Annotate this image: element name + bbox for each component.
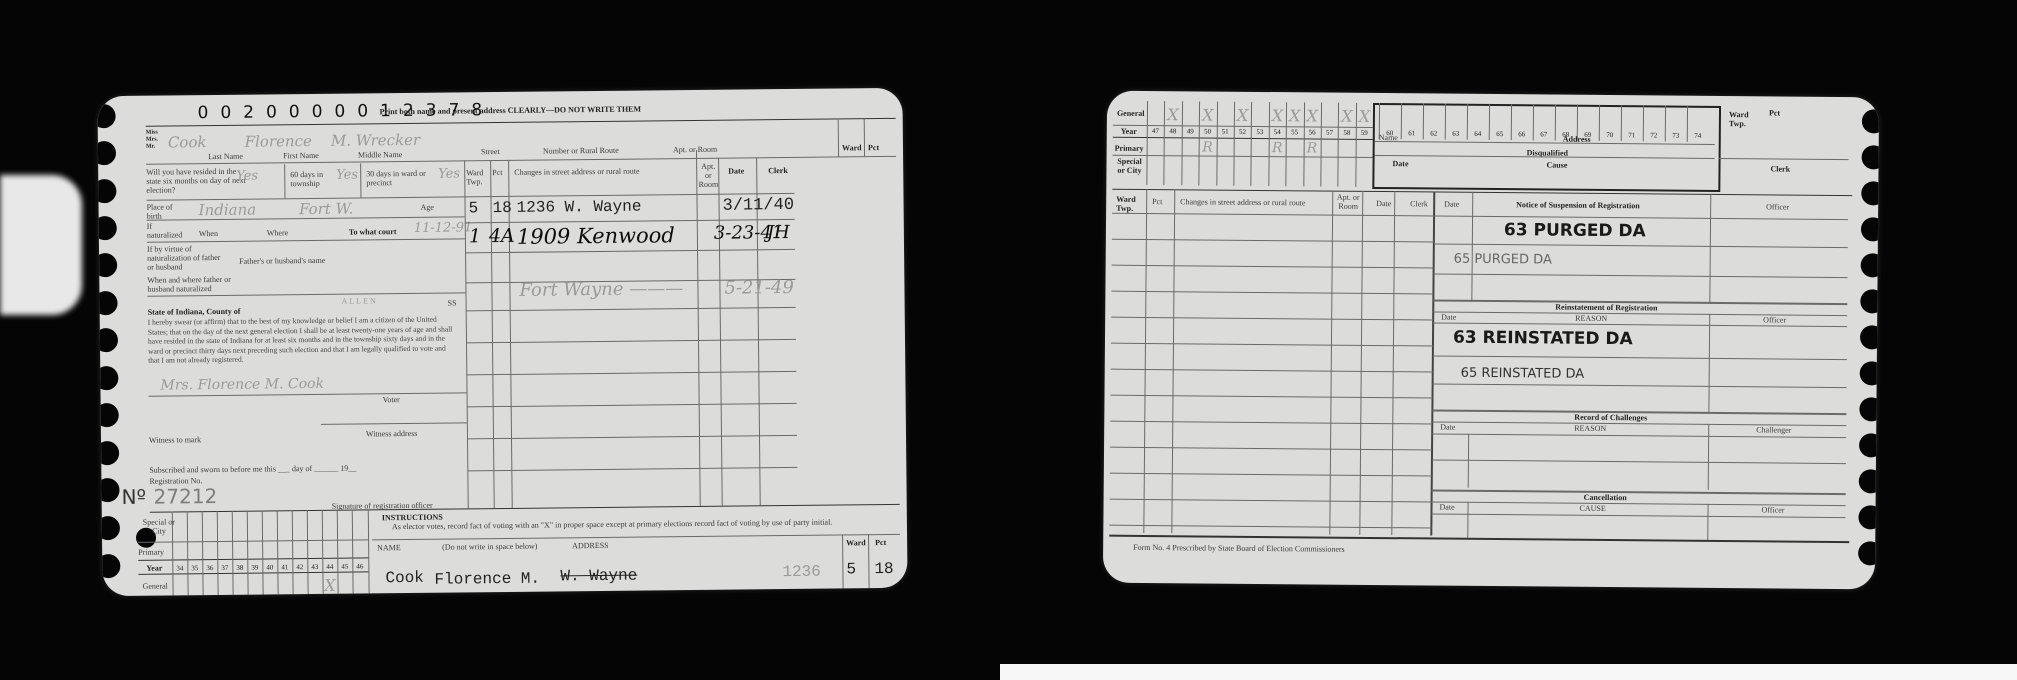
year-cell: 57 — [1321, 129, 1338, 137]
year-cell: 65 — [1489, 130, 1511, 138]
change-ward: 1 — [469, 225, 481, 247]
year-cell: 34 — [172, 564, 187, 572]
virtue-label: If by virtue of naturalization of father… — [147, 244, 222, 272]
punch-hole — [1859, 433, 1879, 457]
year-cell: 44 — [322, 563, 337, 571]
witness-mark-label: Witness to mark — [149, 435, 201, 445]
change-address: 1236 W. Wayne — [517, 198, 642, 217]
where-label: Where — [267, 228, 288, 237]
number-symbol: Nº — [121, 485, 146, 509]
fathers-name-label: Father's or husband's name — [239, 256, 325, 266]
last-name-label: Last Name — [208, 152, 243, 161]
general-label: General — [1117, 109, 1145, 118]
naturalized-date: 11-12-91 — [414, 220, 473, 236]
year-cell: 71 — [1621, 131, 1643, 139]
boxed-year-grid: 606162636465666768697071727374 — [1379, 103, 1709, 142]
vote-mark: X — [1164, 105, 1182, 124]
year-cell: 46 — [352, 562, 367, 570]
footer-ward-label: Ward — [846, 538, 866, 547]
punch-hole — [97, 403, 118, 427]
dq-date-label: Date — [1392, 159, 1408, 168]
state-residence-question: Will you have resided in the state six m… — [146, 167, 246, 195]
when-where-label: When and where father or husband natural… — [147, 275, 247, 294]
punch-hole — [1862, 109, 1879, 133]
year-cell: 36 — [202, 564, 217, 572]
right-year-grid: 4748X4950XR5152X5354XR55X56XR5758X59X — [1146, 101, 1373, 187]
year-cell: 41 — [277, 563, 292, 571]
vote-mark: X — [1234, 106, 1252, 125]
punch-hole — [97, 441, 119, 465]
footer-street: W. Wayne — [560, 567, 637, 586]
vote-mark: X — [1199, 105, 1217, 124]
year-label: Year — [146, 564, 162, 573]
year-cell: 51 — [1216, 128, 1233, 136]
vote-mark: X — [1286, 106, 1304, 125]
year-cell: 49 — [1182, 127, 1199, 135]
change-pct: 4A — [489, 225, 515, 247]
registration-card-back: General Year Primary Special or City 474… — [1103, 91, 1879, 590]
change-date: 3/11/40 — [722, 196, 794, 216]
dq-cause-label: Cause — [1546, 160, 1567, 169]
punch-hole — [97, 104, 115, 128]
footer-pct: 18 — [874, 560, 893, 578]
punch-hole — [1859, 397, 1879, 421]
year-cell: 73 — [1665, 132, 1687, 140]
vote-mark: X — [1338, 107, 1356, 126]
year-cell: 56 — [1303, 128, 1320, 136]
punch-hole — [97, 366, 118, 390]
punch-hole — [1862, 145, 1880, 169]
punch-hole — [97, 179, 116, 203]
voter-signature: Mrs. Florence M. Cook — [160, 376, 324, 394]
challenges-reason-header: REASON — [1574, 424, 1606, 433]
footer-address-label: ADDRESS — [572, 541, 609, 550]
first-name-label: First Name — [283, 151, 319, 160]
challenges-date-header: Date — [1440, 423, 1455, 432]
punch-hole — [1858, 505, 1879, 529]
footer-last-name: Cook — [385, 569, 424, 587]
vote-mark: X — [1269, 106, 1287, 125]
naturalized-label: If naturalized — [147, 221, 187, 239]
punch-hole — [1861, 217, 1879, 241]
changes-apt-header: Apt. or Room — [698, 162, 718, 189]
reinstatement-reason-header: REASON — [1575, 314, 1607, 323]
footer-name-label: NAME — [377, 543, 401, 552]
change-clerk: JH — [767, 222, 790, 243]
challenges-title: Record of Challenges — [1574, 413, 1647, 423]
year-cell: 66 — [1511, 130, 1533, 138]
year-cell: 62 — [1423, 129, 1445, 137]
primary-label: Primary — [138, 548, 164, 557]
changes-pct-header: Pct — [492, 168, 502, 177]
suspension-entry: 65 PURGED DA — [1454, 252, 1552, 268]
punch-hole — [97, 291, 117, 315]
township-answer: Yes — [336, 168, 358, 183]
reinstatement-entry: 65 REINSTATED DA — [1461, 366, 1585, 382]
street-label: Street — [481, 147, 500, 156]
voter-label: Voter — [383, 395, 400, 404]
reinstatement-officer-header: Officer — [1763, 315, 1786, 324]
state-residence-answer: Yes — [236, 169, 258, 184]
change-ward: 5 — [469, 199, 479, 217]
change-date: 5-21-49 — [724, 277, 794, 299]
vote-mark: X — [322, 576, 337, 595]
reinstatement-entry: 63 REINSTATED DA — [1453, 328, 1633, 350]
primary-mark: R — [1268, 140, 1286, 156]
place-of-birth-value: Indiana Fort W. — [199, 200, 354, 220]
year-cell: 63 — [1445, 130, 1467, 138]
punch-hole — [1858, 541, 1879, 565]
year-cell: 58 — [1338, 129, 1355, 137]
cancellation-cause-header: CAUSE — [1579, 504, 1605, 513]
punch-hole — [97, 253, 117, 277]
year-label: Year — [1121, 127, 1137, 136]
general-label: General — [142, 582, 167, 591]
form-footer: Form No. 4 Prescribed by State Board of … — [1133, 543, 1345, 554]
primary-mark: R — [1303, 140, 1321, 156]
year-cell: 61 — [1401, 129, 1423, 137]
suspension-officer-header: Officer — [1766, 202, 1789, 211]
punch-hole — [1860, 361, 1880, 385]
court-label: To what court — [349, 227, 397, 236]
scan-artifact — [0, 175, 82, 315]
when-label: When — [199, 229, 218, 238]
year-cell: 50 — [1199, 127, 1216, 135]
challenges-challenger-header: Challenger — [1756, 425, 1791, 434]
cancellation-title: Cancellation — [1584, 493, 1627, 502]
year-cell: 35 — [187, 564, 202, 572]
change-pct: 18 — [493, 199, 512, 217]
year-cell: 67 — [1533, 130, 1555, 138]
change-address: 1909 Kenwood — [517, 223, 675, 249]
cancellation-officer-header: Officer — [1761, 505, 1784, 514]
scan-border — [1000, 664, 2017, 680]
oath-heading: State of Indiana, County of — [148, 307, 241, 317]
suspension-notice-header: Notice of Suspension of Registration — [1516, 200, 1640, 210]
year-cell: 55 — [1286, 128, 1303, 136]
year-cell: 39 — [247, 564, 262, 572]
changes-clerk-header: Clerk — [768, 166, 788, 175]
pct-label: Pct — [1769, 108, 1780, 117]
changes-address-header: Changes in street address or rural route — [514, 167, 639, 177]
subscribed-label: Subscribed and sworn to before me this _… — [149, 464, 356, 475]
year-cell: 37 — [217, 564, 232, 572]
punch-hole — [97, 554, 120, 578]
suspension-date-header: Date — [1444, 200, 1459, 209]
year-cell: 53 — [1251, 128, 1268, 136]
punch-hole — [97, 216, 117, 240]
ss-label: SS — [448, 298, 457, 307]
title-prefixes: MissMrs.Mr. — [146, 130, 158, 151]
cancellation-date-header: Date — [1440, 503, 1455, 512]
changes-grid — [1109, 189, 1434, 536]
year-cell: 70 — [1599, 131, 1621, 139]
ward-twp-label: Ward Twp. — [1729, 110, 1753, 128]
clerk-label: Clerk — [1770, 164, 1790, 173]
ward-question: 30 days in ward or precinct — [366, 169, 446, 188]
punch-hole — [97, 328, 118, 352]
year-cell: 45 — [337, 563, 352, 571]
punch-hole — [1859, 469, 1879, 493]
reinstatement-title: Reinstatement of Registration — [1555, 303, 1657, 313]
punch-hole — [97, 516, 120, 540]
suspension-entry: 63 PURGED DA — [1504, 220, 1646, 241]
punch-hole — [1860, 325, 1879, 349]
year-cell: 47 — [1147, 127, 1164, 135]
left-year-grid: 3435363738394041424344X4546 — [172, 509, 369, 595]
year-cell: 59 — [1356, 129, 1373, 137]
primary-mark: R — [1199, 139, 1217, 155]
footer-ward: 5 — [846, 560, 856, 578]
age-label: Age — [421, 203, 434, 212]
handwritten-name: Cook Florence M. Wrecker — [168, 131, 420, 152]
punch-hole — [97, 141, 116, 165]
primary-label: Primary — [1115, 144, 1144, 153]
registration-card-front: 0020000012378 Print both name and presen… — [97, 88, 907, 596]
vote-mark: X — [1356, 107, 1374, 126]
punch-hole — [97, 478, 119, 502]
year-cell: 38 — [232, 564, 247, 572]
year-cell: 42 — [292, 563, 307, 571]
instructions-text: As elector votes, record fact of voting … — [392, 517, 842, 531]
place-of-birth-label: Place of birth — [147, 202, 187, 220]
year-cell: 43 — [307, 563, 322, 571]
footer-number: 1236 — [782, 563, 821, 581]
ward-label: Ward — [842, 143, 862, 152]
ward-answer: Yes — [438, 166, 460, 181]
year-cell: 72 — [1643, 131, 1665, 139]
footer-donotwrite-label: (Do not write in space below) — [442, 542, 537, 552]
vote-mark: X — [1303, 106, 1321, 125]
changes-ward-header: Ward Twp. — [466, 168, 488, 186]
change-address-faded: Fort Wayne ——— — [519, 278, 683, 301]
special-city-label: Special or City — [1116, 157, 1142, 175]
footer-first-name: Florence M. — [434, 570, 540, 589]
header-instruction: Print both name and present address CLEA… — [380, 105, 642, 117]
year-cell: 40 — [262, 563, 277, 571]
year-cell: 54 — [1269, 128, 1286, 136]
witness-address-label: Witness address — [366, 429, 418, 439]
reinstatement-date-header: Date — [1441, 313, 1456, 322]
punch-hole — [1861, 181, 1879, 205]
year-cell: 64 — [1467, 130, 1489, 138]
county-value: ALLEN — [342, 296, 378, 305]
punch-hole — [1861, 253, 1880, 277]
year-cell: 74 — [1687, 132, 1709, 140]
changes-date-header: Date — [728, 166, 744, 175]
oath-text: I hereby swear (or affirm) that to the b… — [148, 314, 458, 365]
punch-hole — [1860, 289, 1879, 313]
registration-number: 27212 — [153, 484, 217, 509]
year-cell: 48 — [1164, 127, 1181, 135]
pct-label: Pct — [868, 143, 879, 152]
footer-pct-label: Pct — [875, 538, 886, 547]
number-route-label: Number or Rural Route — [543, 146, 619, 156]
middle-name-label: Middle Name — [358, 150, 402, 159]
year-cell: 52 — [1234, 128, 1251, 136]
